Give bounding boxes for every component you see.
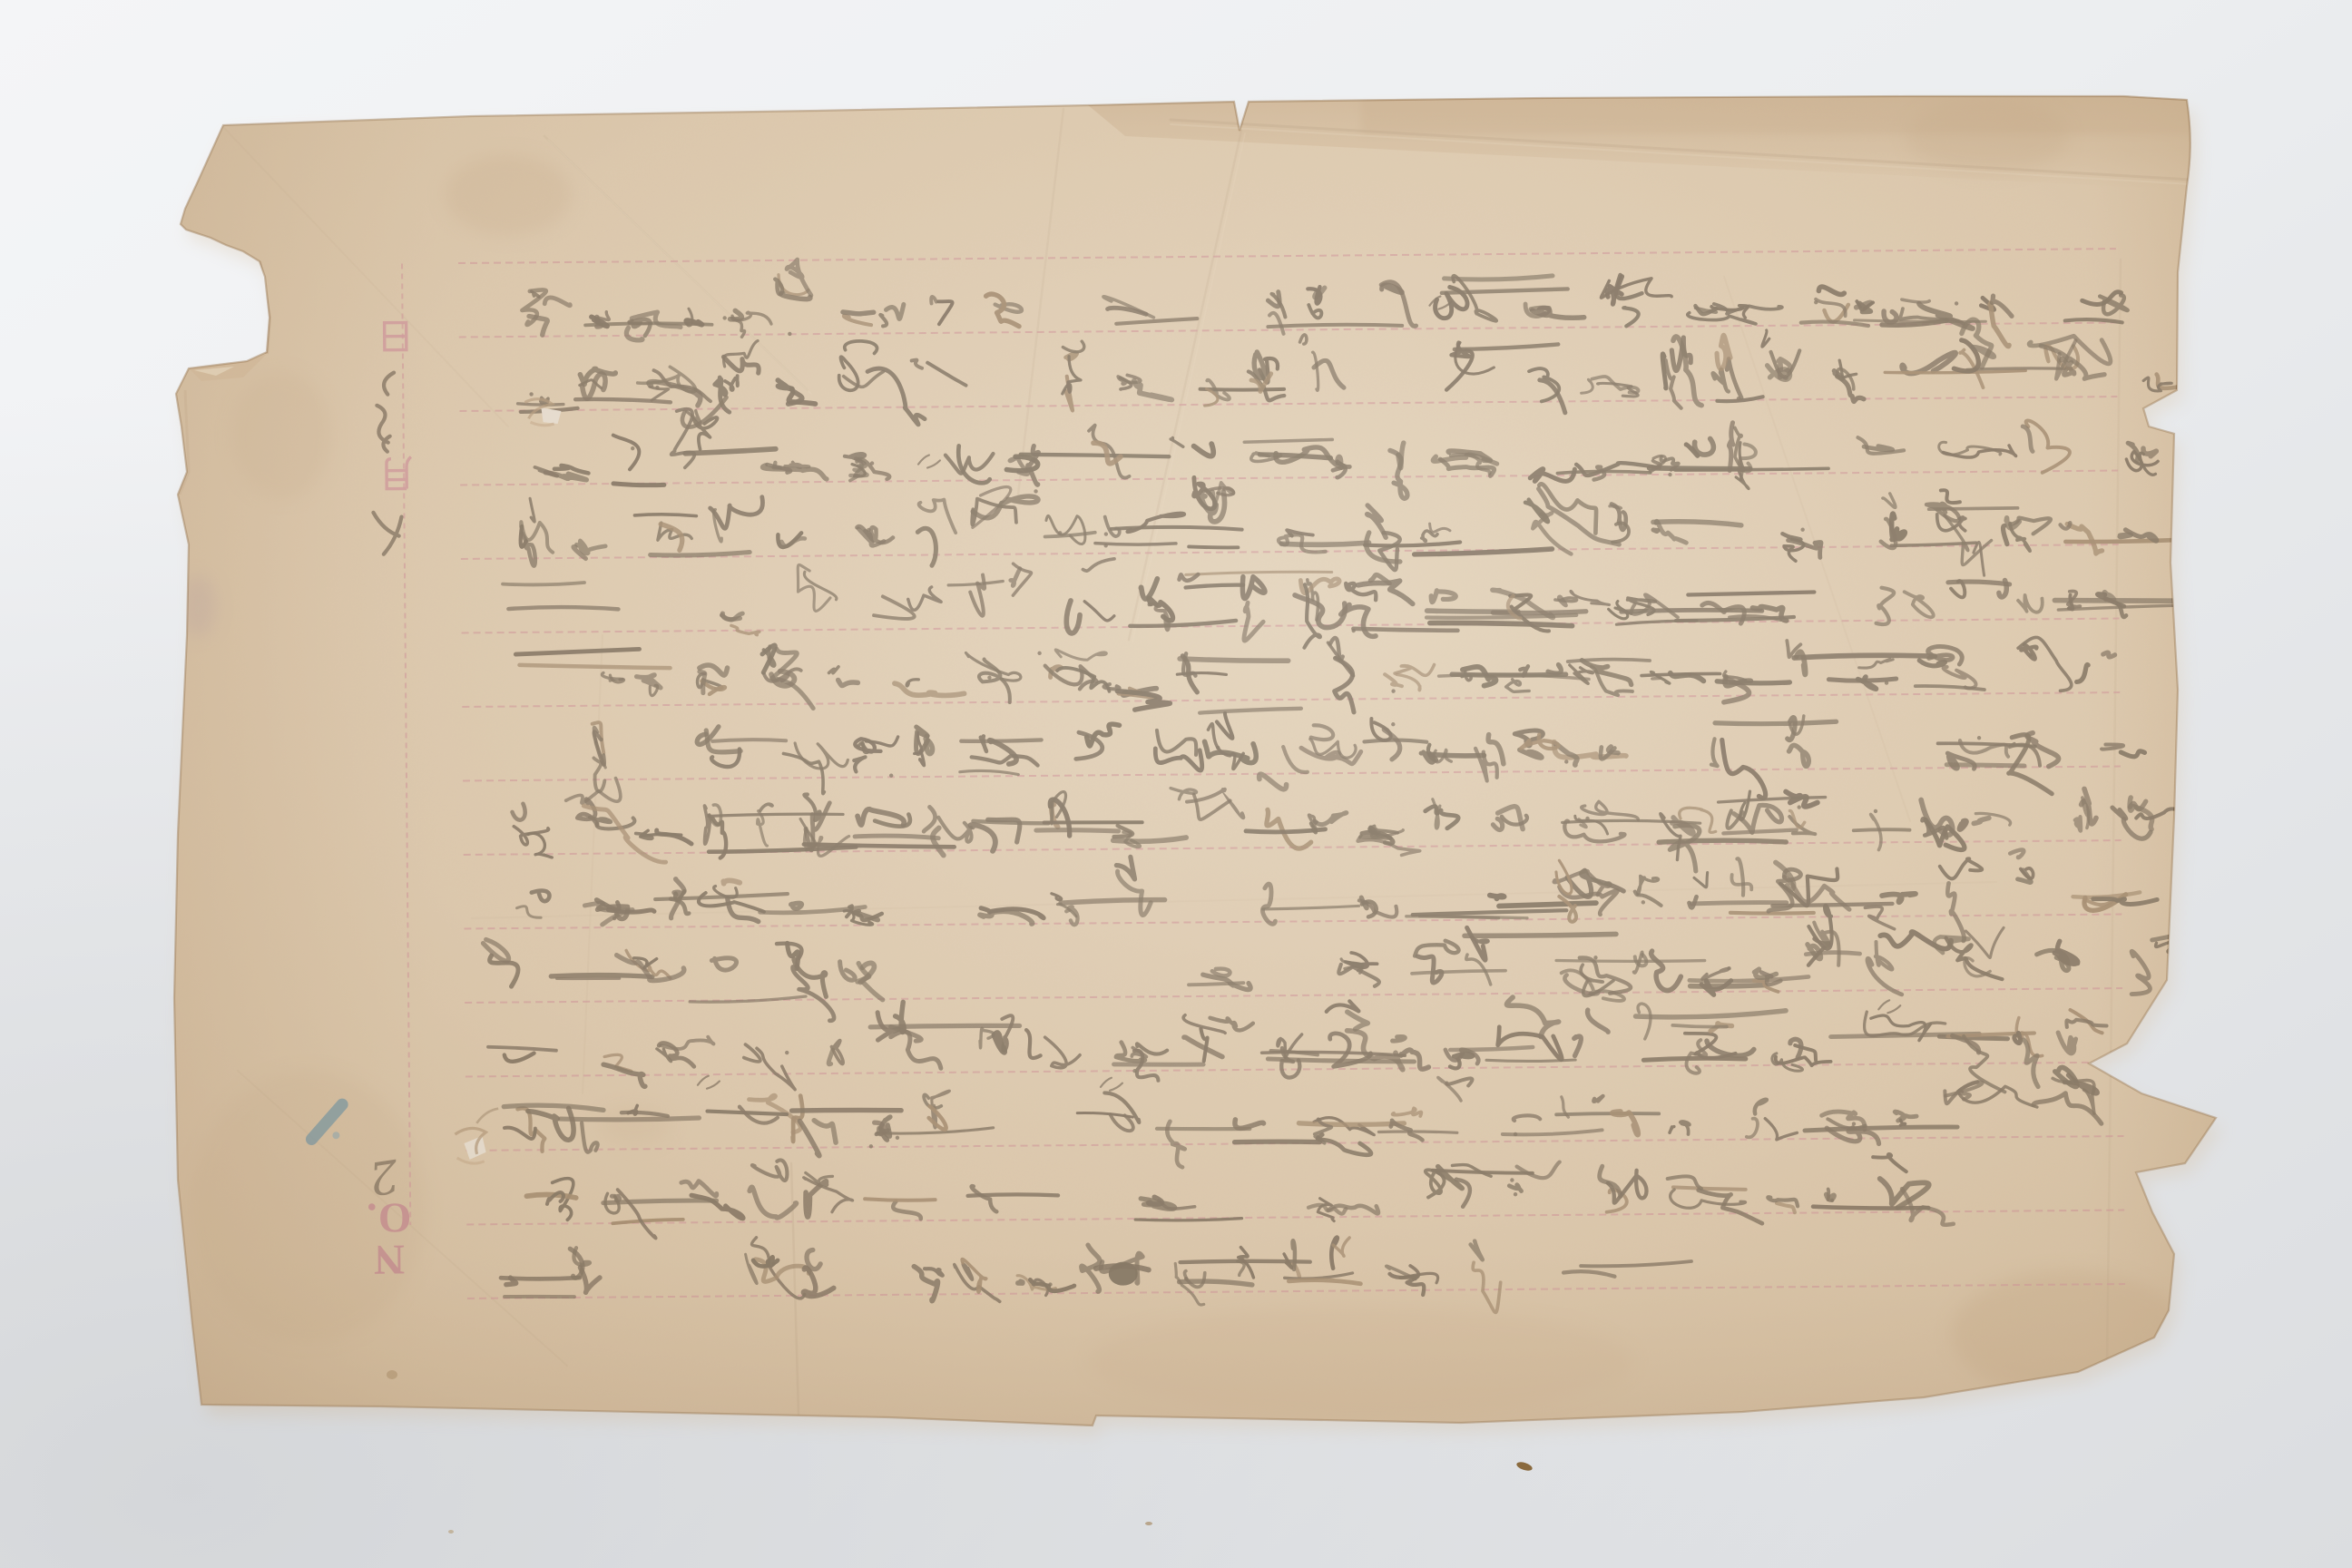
- debris-speck: [448, 1530, 454, 1534]
- photo-stage: N O. 2: [0, 0, 2352, 1568]
- document-photo: N O. 2: [0, 0, 2352, 1568]
- paper-sheet: N O. 2: [127, 82, 2232, 1452]
- paper-edge: [174, 96, 2216, 1426]
- debris-speck: [1145, 1522, 1152, 1525]
